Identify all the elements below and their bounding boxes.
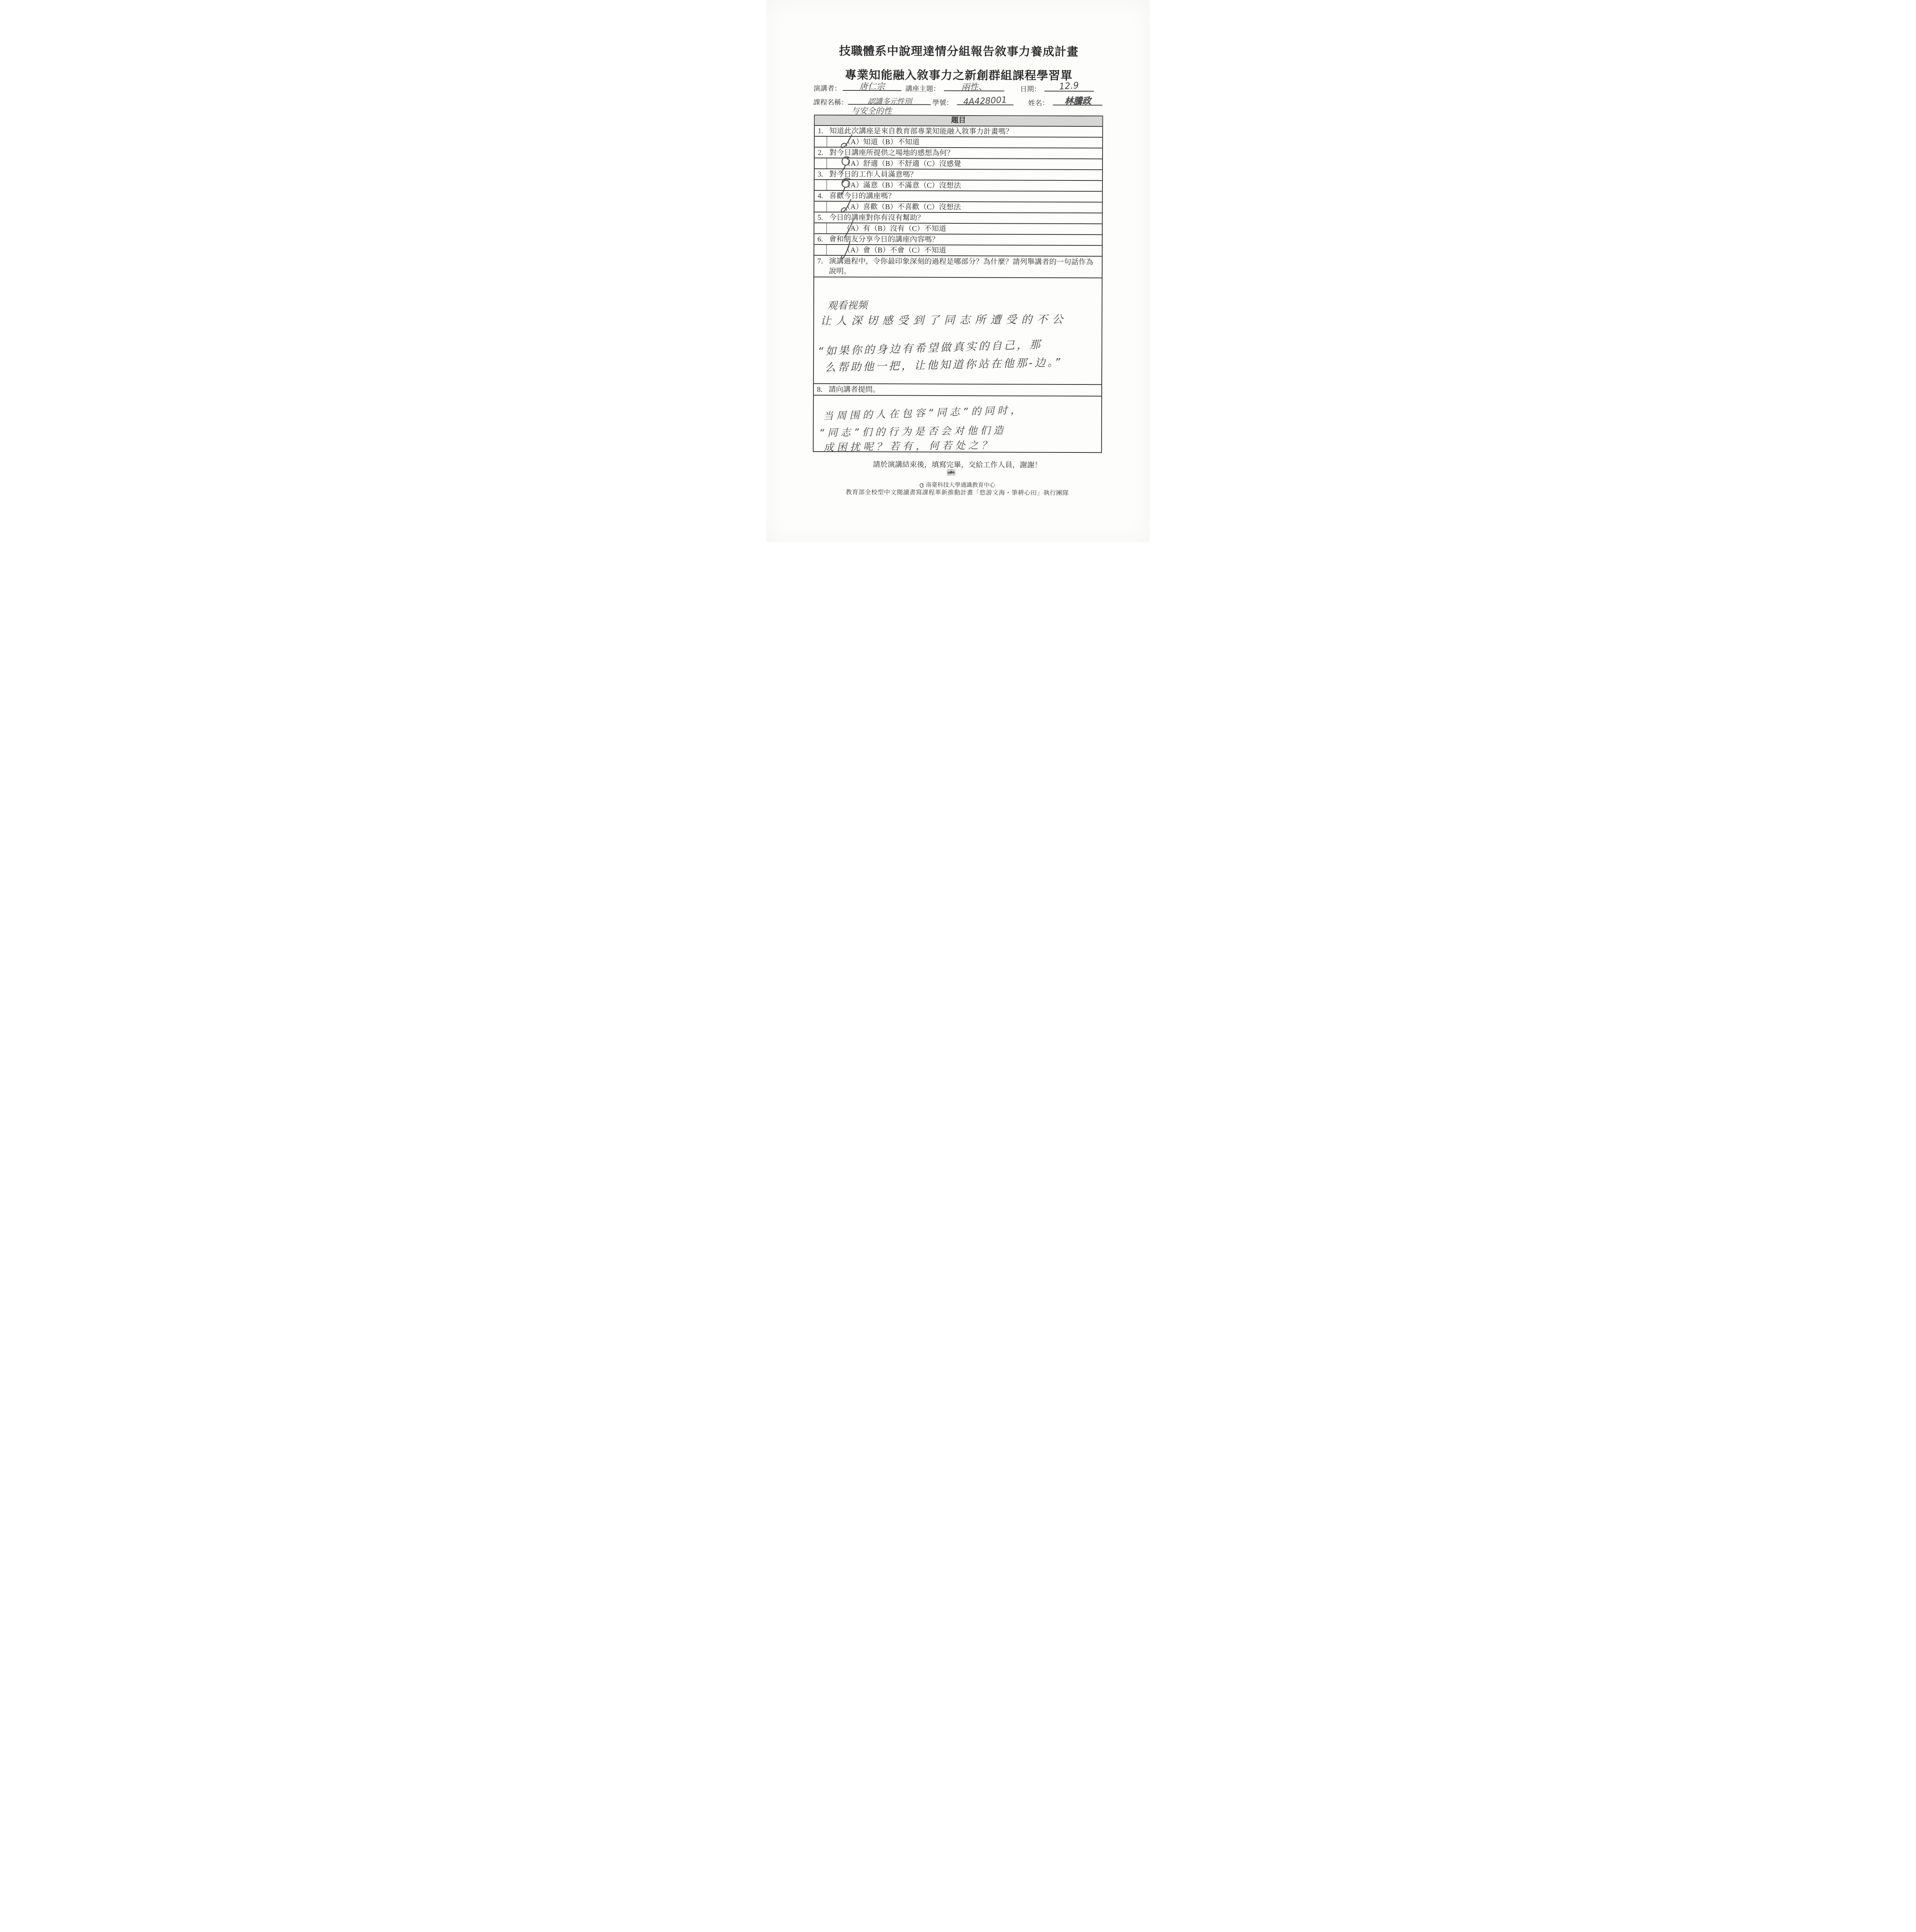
student-id-label: 學號： — [932, 97, 953, 107]
answer-row-4: （A）喜歡（B）不喜歡（C）沒想法 — [815, 201, 1102, 213]
question-text: 請向講者提問。 — [829, 385, 1098, 396]
question-text: 今日的講座對你有沒有幫助？ — [829, 213, 1099, 223]
speaker-field-line: 唐仁宗 — [843, 78, 902, 91]
answer-row-2: （A）舒適（B）不舒適（C）沒感覺 — [815, 158, 1102, 170]
question-text: 知道此次講座是來自教育部專業知能融入敘事力計畫嗎？ — [829, 126, 1099, 137]
table-header-cell: 題目 — [815, 116, 1102, 126]
date-value-handwritten: 12.9 — [1059, 81, 1079, 91]
university-swirl-logo-icon — [919, 482, 925, 488]
answer-cell: （A）舒適（B）不舒適（C）沒感覺 — [827, 158, 1102, 169]
question-number: 4. — [817, 191, 829, 201]
question-number: 2. — [817, 148, 829, 158]
answer-area-7: 观看视频 、 让人深切感受到了同志所遭受的不公 “如果你的身边有希望做真实的自己… — [814, 277, 1102, 384]
question-row-5: 5. 今日的講座對你有沒有幫助？ — [814, 212, 1102, 224]
course-value-line1-handwritten: 認識多元性別 — [867, 97, 911, 105]
answer-options: （A）喜歡（B）不喜歡（C）沒想法 — [843, 203, 961, 211]
questionnaire-table: 題目 1. 知道此次講座是來自教育部專業知能融入敘事力計畫嗎？ （A）知道（B）… — [813, 115, 1103, 453]
question-text: 對今日的工作人員滿意嗎？ — [829, 170, 1099, 180]
question-number: 8. — [816, 385, 829, 395]
topic-label: 講座主題： — [905, 83, 940, 94]
question-text: 演講過程中，令你最印象深刻的過程是哪部分？為什麼？請列舉講者的一句話作為說明。 — [829, 257, 1099, 277]
answer-left-stub-cell — [814, 223, 827, 233]
course-field-line: 認識多元性別 — [848, 92, 931, 105]
question-text: 會和朋友分享今日的講座內容嗎？ — [829, 235, 1099, 245]
answer-row-6: （A）會（B）不會（C）不知道 — [814, 244, 1102, 256]
q7-handwritten-line2: 让人深切感受到了同志所遭受的不公 — [820, 311, 1067, 328]
q7-handwritten-line1: 观看视频 — [827, 297, 868, 312]
answer-row-3: （A）滿意（B）不滿意（C）沒想法 — [815, 179, 1102, 191]
answer-cell: （A）滿意（B）不滿意（C）沒想法 — [827, 180, 1102, 191]
answer-left-stub-cell — [815, 158, 827, 168]
footer-team-line: 教育部全校型中文閱讀書寫課程革新推動計畫「悠游文海・筆耕心田」執行團隊 — [766, 487, 1149, 497]
course-label: 課程名稱： — [813, 97, 848, 107]
answer-options: （A）滿意（B）不滿意（C）沒想法 — [843, 181, 961, 190]
date-label: 日期： — [1020, 84, 1041, 94]
q8-handwritten-line1: 当周围的人在包容“同志”的同时， — [823, 402, 1024, 423]
question-row-4: 4. 喜歡今日的講座嗎？ — [815, 190, 1102, 202]
q8-handwritten-line2: “同志”们的行为是否会对他们造 — [819, 422, 1006, 439]
name-value-handwritten: 林騰政 — [1064, 97, 1091, 106]
people-emblem-logo-icon — [947, 469, 955, 476]
answer-area-8: 当周围的人在包容“同志”的同时， “同志”们的行为是否会对他们造 成困扰呢？若有… — [813, 395, 1101, 452]
answer-options: （A）舒適（B）不舒適（C）沒感覺 — [843, 160, 961, 168]
speaker-label: 演講者： — [813, 83, 841, 93]
question-row-8: 8. 請向講者提問。 — [814, 383, 1101, 396]
answer-options: （A）知道（B）不知道 — [843, 138, 919, 146]
name-label: 姓名： — [1028, 98, 1049, 108]
question-number: 6. — [817, 235, 829, 244]
answer-options: （A）會（B）不會（C）不知道 — [843, 246, 946, 255]
q8-handwritten-line3: 成困扰呢？若有，何若处之？ — [824, 437, 994, 454]
question-row-7: 7. 演講過程中，令你最印象深刻的過程是哪部分？為什麼？請列舉講者的一句話作為說… — [814, 255, 1102, 278]
answer-row-5: （A）有（B）沒有（C）不知道 — [814, 223, 1102, 235]
scanned-questionnaire-sheet: 技職體系中說理達情分組報告敘事力養成計畫 專業知能融入敘事力之新創群組課程學習單… — [766, 0, 1150, 542]
answer-left-stub-cell — [815, 137, 827, 147]
question-row-3: 3. 對今日的工作人員滿意嗎？ — [815, 168, 1102, 180]
answer-left-stub-cell — [815, 202, 827, 212]
answer-options: （A）有（B）沒有（C）不知道 — [843, 224, 946, 233]
question-text: 喜歡今日的講座嗎？ — [829, 191, 1099, 202]
topic-value-handwritten: 兩性、 — [961, 83, 987, 92]
page-title-line1: 技職體系中說理達情分組報告敘事力養成計畫 — [767, 41, 1150, 59]
question-number: 7. — [817, 257, 829, 277]
footer-instruction-note: 請於演講結束後，填寫完畢，交給工作人員，謝謝！ — [766, 458, 1149, 470]
question-number: 5. — [817, 213, 829, 223]
student-id-field-line: 4A428001 — [957, 93, 1013, 105]
answer-cell: （A）知道（B）不知道 — [827, 137, 1102, 148]
speaker-value-handwritten: 唐仁宗 — [859, 83, 885, 91]
answer-cell: （A）會（B）不會（C）不知道 — [827, 245, 1102, 256]
student-id-value-handwritten: 4A428001 — [963, 96, 1007, 106]
name-field-line: 林騰政 — [1053, 93, 1102, 105]
answer-cell: （A）有（B）沒有（C）不知道 — [827, 223, 1102, 234]
question-number: 1. — [817, 126, 829, 136]
question-row-1: 1. 知道此次講座是來自教育部專業知能融入敘事力計畫嗎？ — [815, 125, 1102, 137]
topic-field-line: 兩性、 — [944, 79, 1004, 92]
question-text: 對今日講座所提供之場地的感想為何？ — [829, 148, 1099, 158]
answer-cell: （A）喜歡（B）不喜歡（C）沒想法 — [827, 202, 1102, 213]
answer-row-1: （A）知道（B）不知道 — [815, 136, 1102, 148]
question-row-6: 6. 會和朋友分享今日的講座內容嗎？ — [814, 233, 1102, 245]
answer-left-stub-cell — [815, 180, 827, 190]
answer-left-stub-cell — [814, 245, 827, 255]
question-row-2: 2. 對今日講座所提供之場地的感想為何？ — [815, 147, 1102, 159]
date-field-line: 12.9 — [1045, 79, 1094, 92]
question-number: 3. — [817, 170, 829, 179]
